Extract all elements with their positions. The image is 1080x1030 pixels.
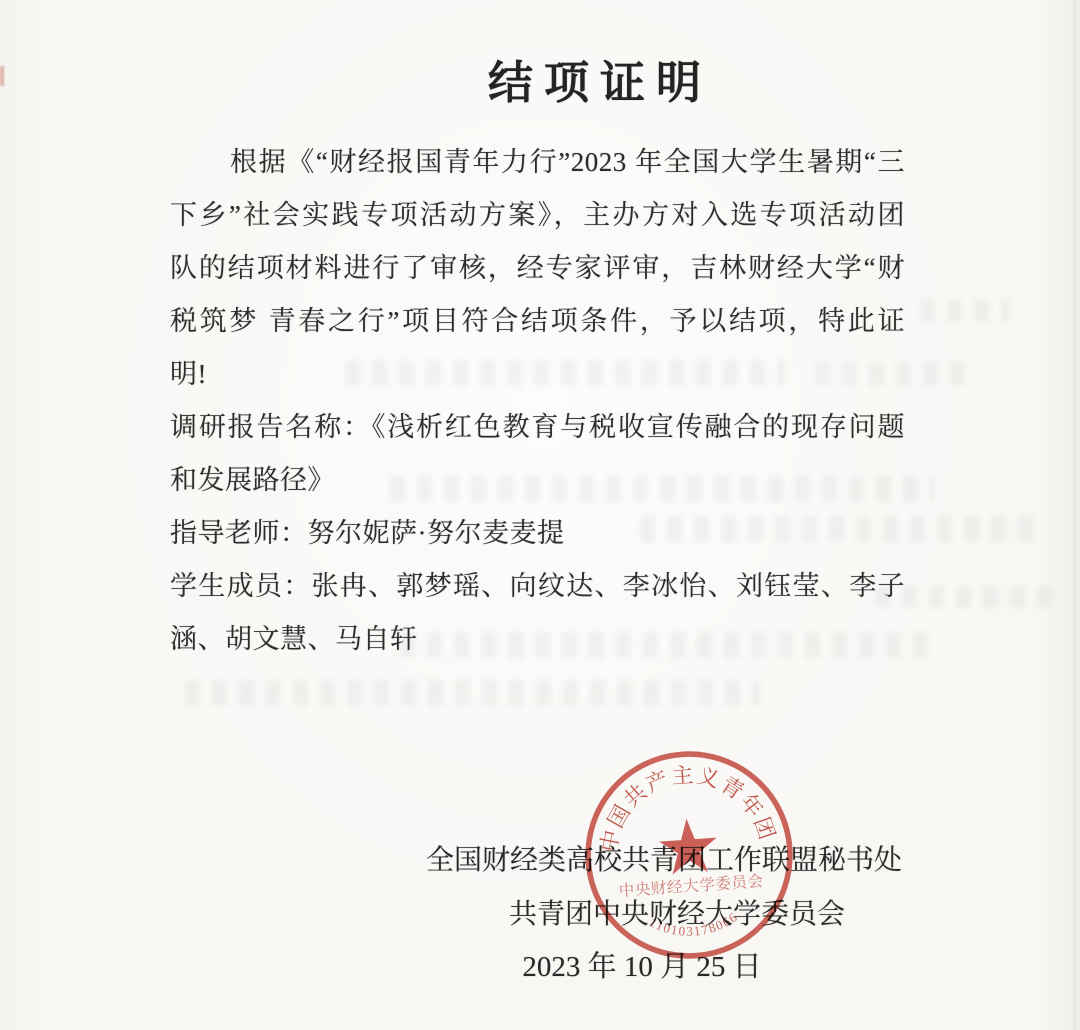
body-line: 税筑梦 青春之行”项目符合结项条件，予以结项，特此证 (170, 295, 905, 348)
body-line: 下乡”社会实践专项活动方案》，主办方对入选专项活动团 (170, 189, 905, 242)
certificate-title: 结项证明 (488, 46, 712, 111)
body-line: 学生成员：张冉、郭梦瑶、向纹达、李冰怡、刘钰莹、李子 (170, 560, 905, 613)
bleed-through-mark (345, 360, 785, 386)
bleed-through-mark (640, 516, 1040, 542)
scan-edge-artifact (0, 66, 4, 86)
bleed-through-mark (185, 680, 760, 706)
official-seal: 中国共产主义青年团 中央财经大学委员会 110103178066 (571, 737, 808, 974)
body-line: 根据《“财经报国青年力行”2023 年全国大学生暑期“三 (170, 136, 905, 189)
certificate-page: 结项证明 根据《“财经报国青年力行”2023 年全国大学生暑期“三 下乡”社会实… (0, 0, 1080, 1030)
body-line: 调研报告名称：《浅析红色教育与税收宣传融合的现存问题 (170, 401, 905, 454)
certificate-body: 根据《“财经报国青年力行”2023 年全国大学生暑期“三 下乡”社会实践专项活动… (170, 136, 905, 666)
scan-edge-line (1073, 0, 1076, 1030)
bleed-through-mark (875, 586, 1060, 608)
bleed-through-mark (920, 300, 1010, 322)
red-star-icon (658, 817, 719, 876)
seal-serial-number: 110103178066 (646, 908, 742, 942)
body-line: 队的结项材料进行了审核，经专家评审，吉林财经大学“财 (170, 242, 905, 295)
bleed-through-mark (815, 362, 965, 386)
bleed-through-mark (390, 476, 935, 502)
seal-inner-text: 中央财经大学委员会 (618, 872, 764, 900)
bleed-through-mark (400, 632, 935, 658)
